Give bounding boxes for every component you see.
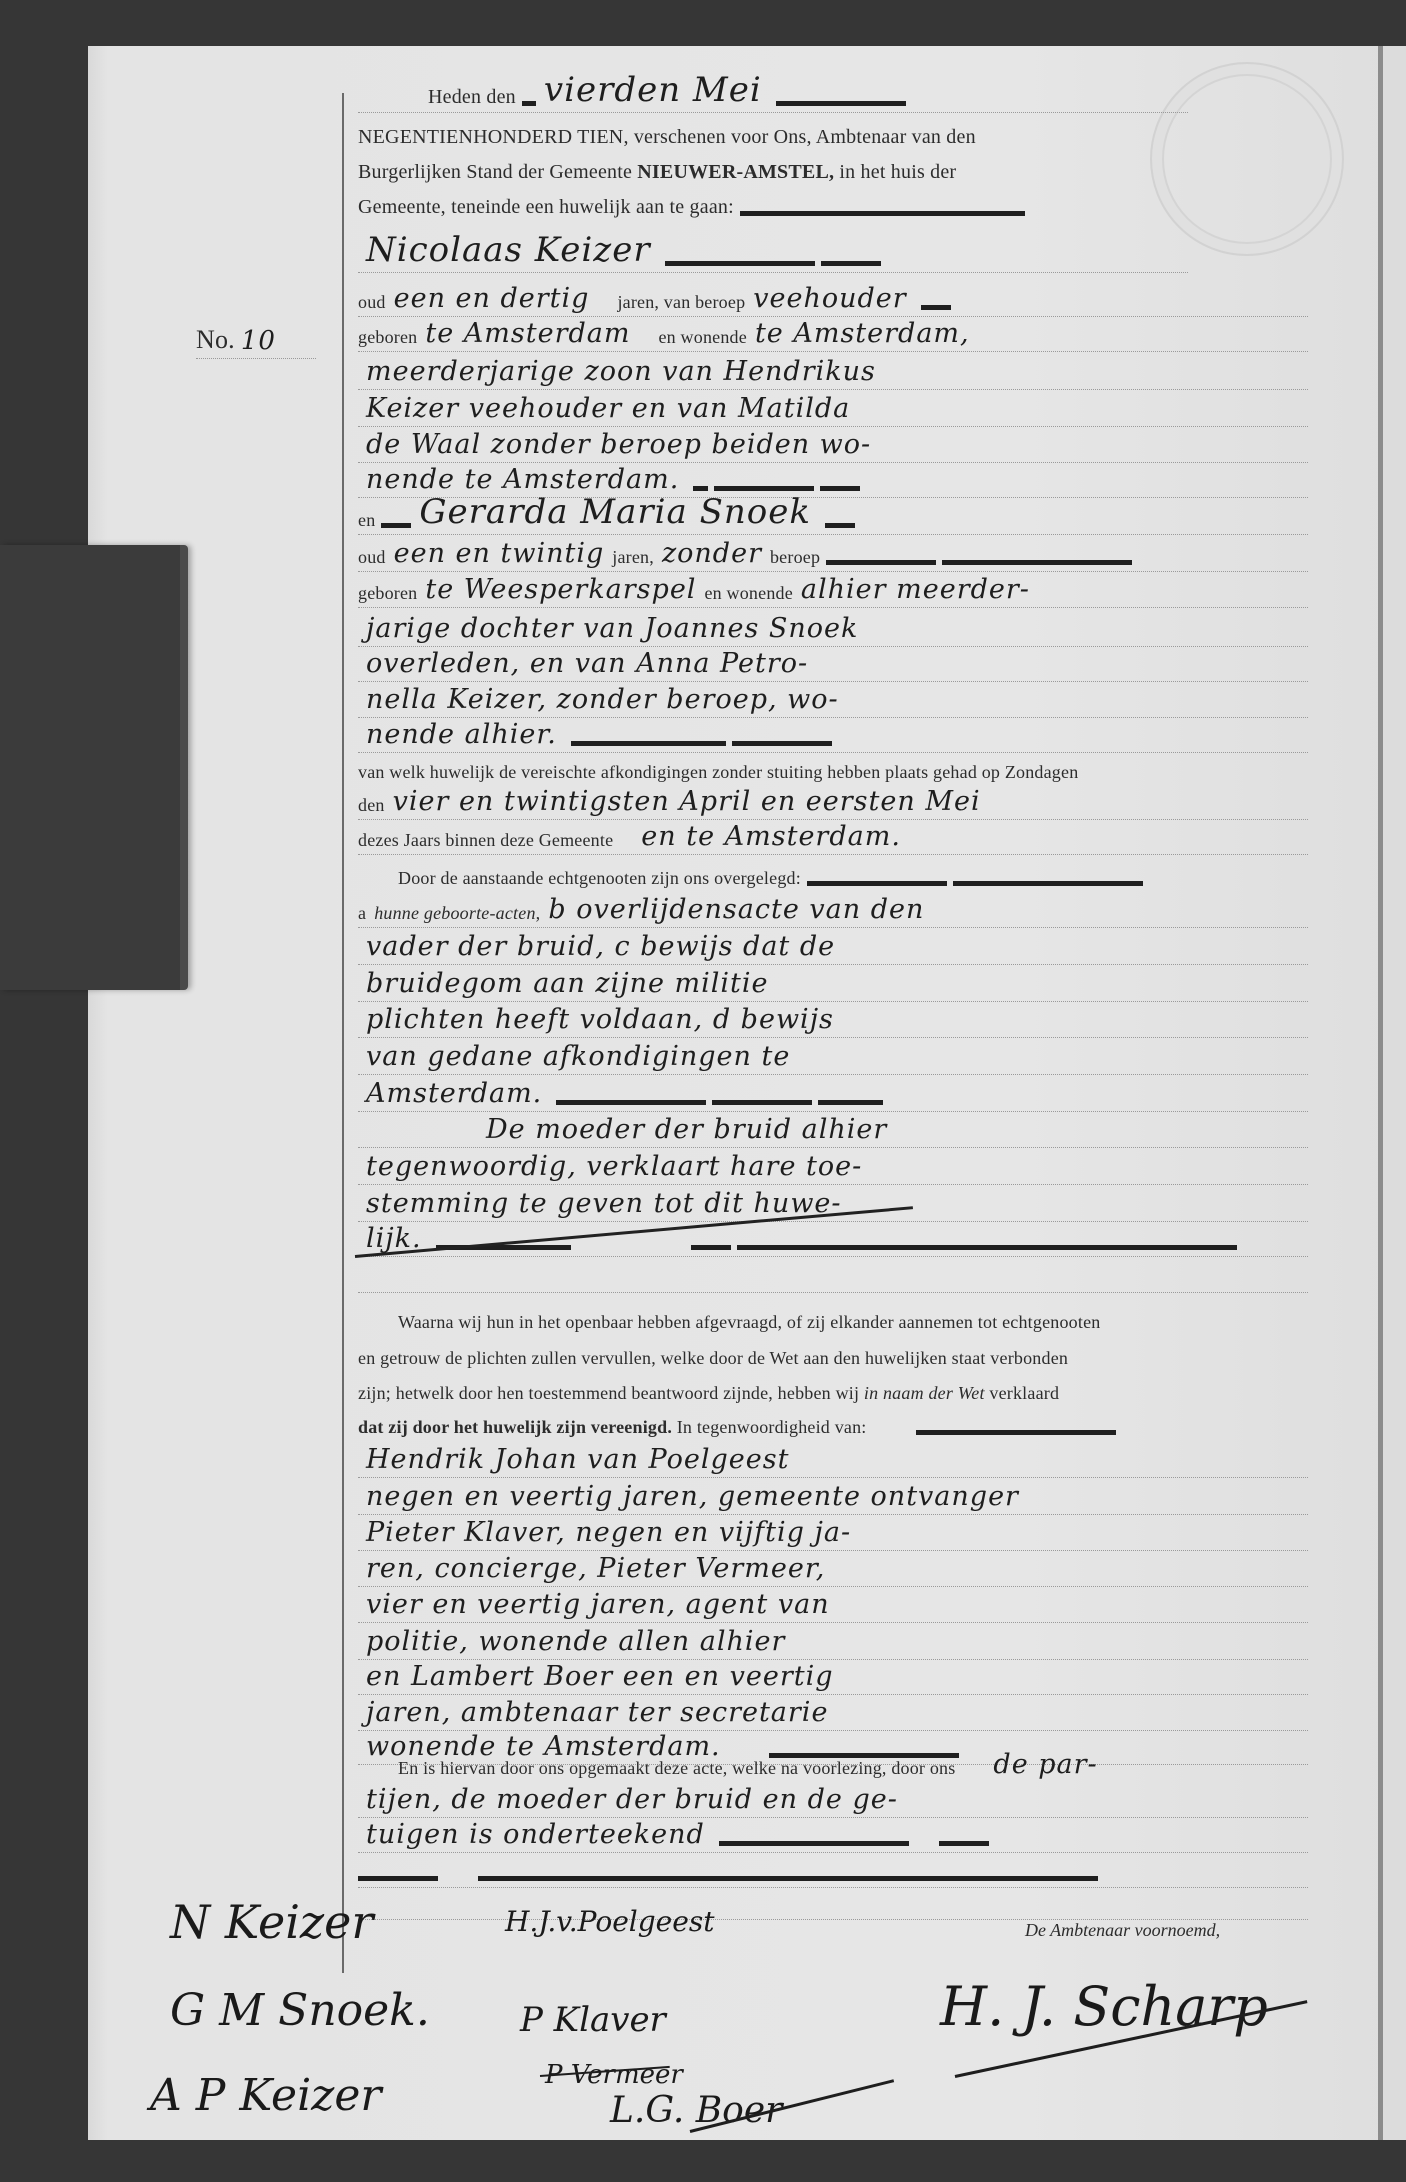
- documents-line-7: De moeder der bruid alhier: [358, 1113, 1308, 1148]
- signature-witness-klaver: P Klaver: [520, 2000, 666, 2040]
- proclamations-line-3: dezes Jaars binnen deze Gemeente en te A…: [358, 820, 1308, 855]
- closing-line-2: tijen, de moeder der bruid en de ge-: [358, 1783, 1308, 1818]
- proclamations-line-1: van welk huwelijk de vereischte afkondig…: [358, 752, 1308, 786]
- witness-line-7: en Lambert Boer een en veertig: [358, 1660, 1308, 1695]
- blank-line: [358, 1258, 1308, 1293]
- header-line-2: NEGENTIENHONDERD TIEN, verschenen voor O…: [358, 118, 1118, 152]
- documents-line-a: a hunne geboorte-acten, b overlijdensact…: [358, 893, 1308, 928]
- signature-witness-boer: L.G. Boer: [610, 2090, 782, 2131]
- bride-age-line: oud een en twintig jaren, zonder beroep: [358, 537, 1308, 572]
- bride-name-line: en Gerarda Maria Snoek: [358, 500, 1308, 535]
- groom-name-line: Nicolaas Keizer: [358, 238, 1188, 273]
- documents-line-10: lijk.: [358, 1222, 1308, 1257]
- bride-line-6: nella Keizer, zonder beroep, wo-: [358, 683, 1308, 718]
- header-line-3: Burgerlijken Stand der Gemeente NIEUWER-…: [358, 153, 1118, 187]
- documents-line-2: vader der bruid, c bewijs dat de: [358, 930, 1308, 965]
- closing-line-1: En is hiervan door ons opgemaakt deze ac…: [358, 1748, 1308, 1782]
- documents-line-6: Amsterdam.: [358, 1077, 1308, 1112]
- record-number: No. 10: [196, 318, 316, 359]
- bride-born-line: geboren te Weesperkarspel en wonende alh…: [358, 573, 1308, 608]
- declaration-line-4: dat zij door het huwelijk zijn vereenigd…: [358, 1407, 1308, 1441]
- groom-age-line: oud een en dertig jaren, van beroep veeh…: [358, 282, 1308, 317]
- declaration-line-2: en getrouw de plichten zullen vervullen,…: [358, 1338, 1308, 1372]
- closing-line-4: [358, 1853, 1308, 1888]
- documents-intro: Door de aanstaande echtgenooten zijn ons…: [358, 858, 1308, 892]
- documents-line-9: stemming te geven tot dit huwe-: [358, 1187, 1308, 1222]
- closing-line-3: tuigen is onderteekend: [358, 1818, 1308, 1853]
- header-line-4: Gemeente, teneinde een huwelijk aan te g…: [358, 188, 1118, 222]
- binding-clip: [0, 545, 188, 990]
- margin-rule: [342, 93, 344, 1973]
- witness-line-4: ren, concierge, Pieter Vermeer,: [358, 1552, 1308, 1587]
- signature-bride: G M Snoek.: [170, 1985, 430, 2036]
- declaration-line-1: Waarna wij hun in het openbaar hebben af…: [358, 1302, 1308, 1336]
- groom-line-4: meerderjarige zoon van Hendrikus: [358, 355, 1308, 390]
- bride-line-7: nende alhier.: [358, 718, 1308, 753]
- declaration-line-3: zijn; hetwelk door hen toestemmend beant…: [358, 1373, 1308, 1407]
- groom-born-line: geboren te Amsterdam en wonende te Amste…: [358, 317, 1308, 352]
- signature-officer: H. J. Scharp: [940, 1975, 1268, 2038]
- signature-witness-poelgeest: H.J.v.Poelgeest: [505, 1905, 714, 1938]
- closing-line-5: [358, 1885, 1308, 1920]
- documents-line-4: plichten heeft voldaan, d bewijs: [358, 1003, 1308, 1038]
- page-fold-line: [1378, 46, 1383, 2140]
- officer-label: De Ambtenaar voornoemd,: [1025, 1920, 1220, 1941]
- witness-line-5: vier en veertig jaren, agent van: [358, 1588, 1308, 1623]
- witness-line-1: Hendrik Johan van Poelgeest: [358, 1443, 1308, 1478]
- witness-line-6: politie, wonende allen alhier: [358, 1625, 1308, 1660]
- bride-line-5: overleden, en van Anna Petro-: [358, 647, 1308, 682]
- proclamations-line-2: den vier en twintigsten April en eersten…: [358, 785, 1308, 820]
- header-date-line: Heden den vierden Mei: [358, 78, 1188, 113]
- signature-groom: N Keizer: [170, 1895, 373, 1949]
- documents-line-8: tegenwoordig, verklaart hare toe-: [358, 1150, 1308, 1185]
- witness-line-2: negen en veertig jaren, gemeente ontvang…: [358, 1480, 1308, 1515]
- documents-line-3: bruidegom aan zijne militie: [358, 967, 1308, 1002]
- witness-line-3: Pieter Klaver, negen en vijftig ja-: [358, 1516, 1308, 1551]
- adjacent-page-edge: [1383, 46, 1406, 2140]
- bride-line-4: jarige dochter van Joannes Snoek: [358, 612, 1308, 647]
- signature-mother: A P Keizer: [150, 2070, 381, 2121]
- groom-line-6: de Waal zonder beroep beiden wo-: [358, 428, 1308, 463]
- documents-line-5: van gedane afkondigingen te: [358, 1040, 1308, 1075]
- groom-line-5: Keizer veehouder en van Matilda: [358, 392, 1308, 427]
